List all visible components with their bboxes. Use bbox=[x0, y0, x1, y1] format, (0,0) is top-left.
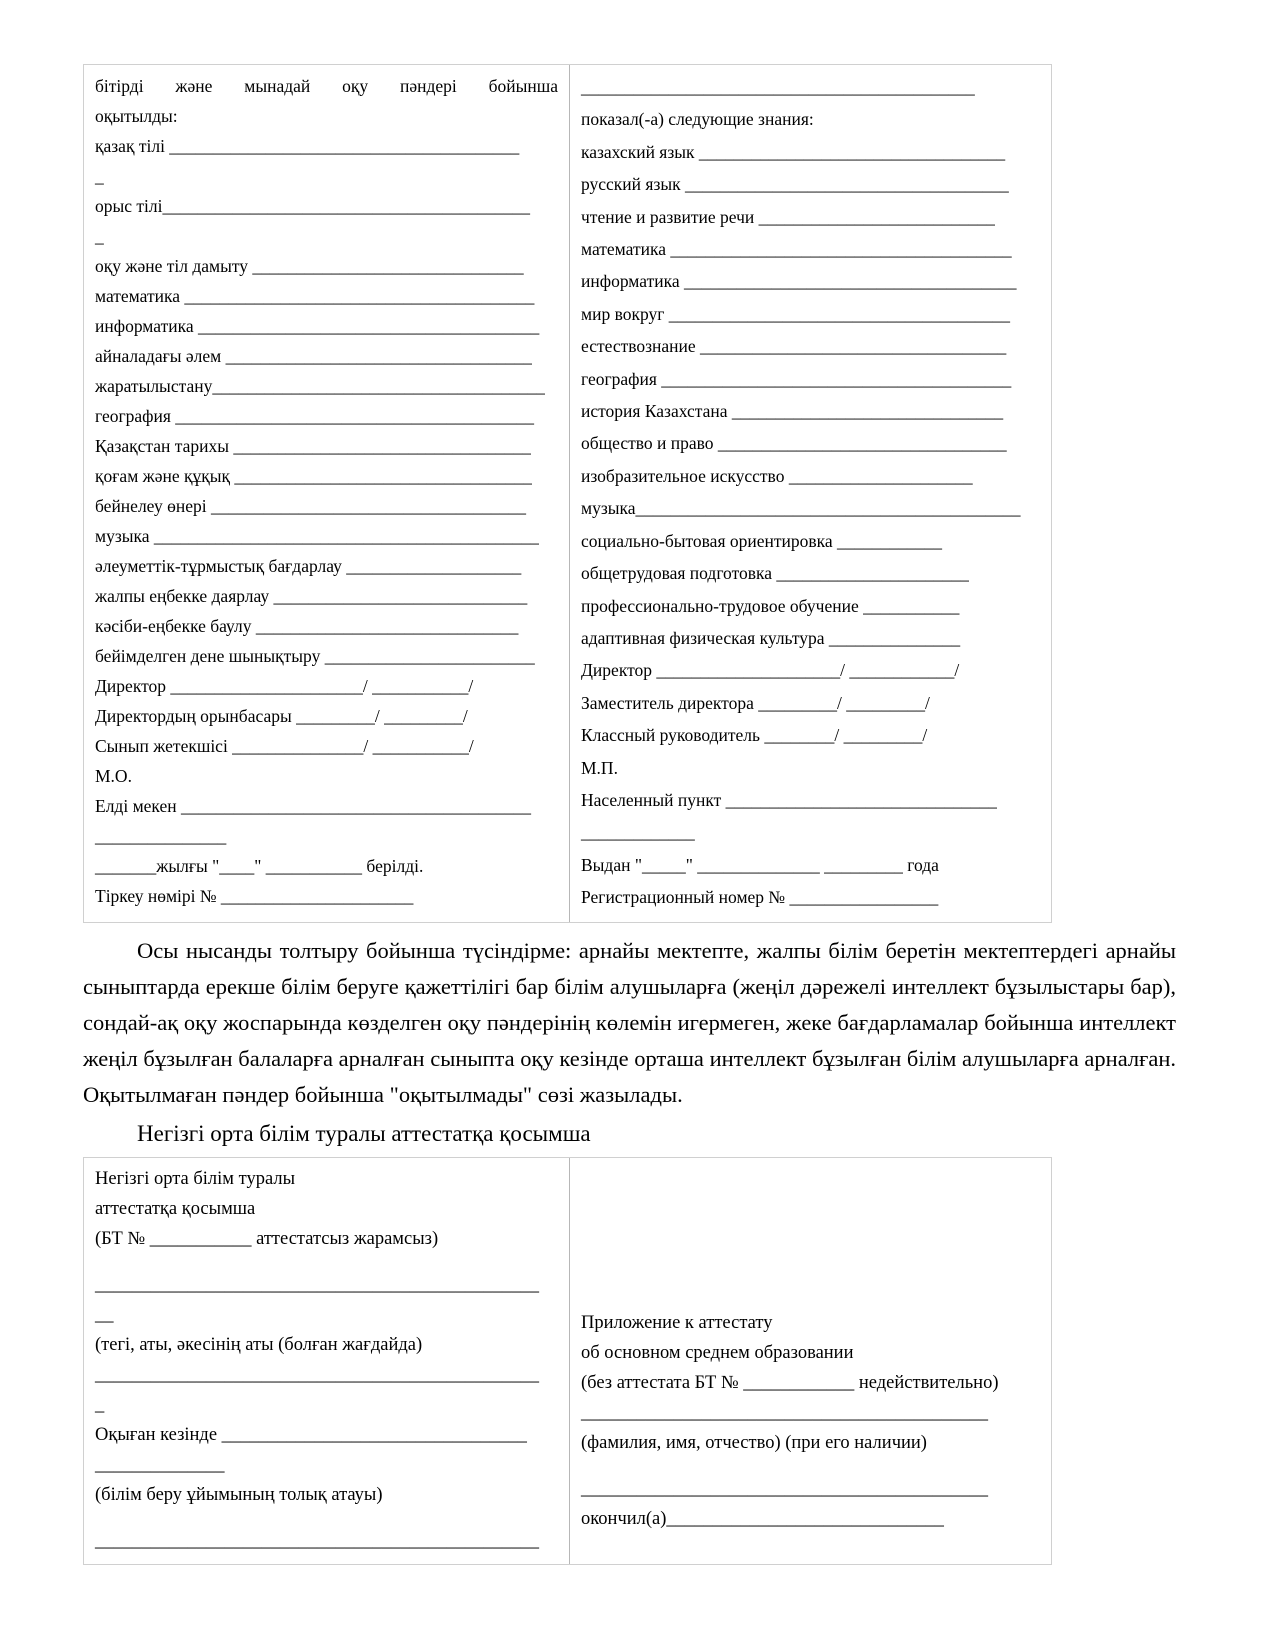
form-line: (фамилия, имя, отчество) (при его наличи… bbox=[581, 1428, 1040, 1458]
form-line: оқытылды: bbox=[95, 101, 558, 131]
form-line: _____________ bbox=[581, 816, 1040, 848]
form-line: показал(-а) следующие знания: bbox=[581, 103, 1040, 135]
form-line: ______________ bbox=[95, 1450, 558, 1480]
form-line: социально-бытовая ориентировка _________… bbox=[581, 525, 1040, 557]
form-line: (тегі, аты, әкесінің аты (болған жағдайд… bbox=[95, 1330, 558, 1360]
form-line: Сынып жетекшісі _______________/ _______… bbox=[95, 731, 558, 761]
appendix-table: Негізгі орта білім туралы аттестатқа қос… bbox=[83, 1157, 1052, 1565]
form-line: жаратылыстану___________________________… bbox=[95, 371, 558, 401]
form-line: русский язык ___________________________… bbox=[581, 168, 1040, 200]
appendix-russian-column: Приложение к аттестату об основном средн… bbox=[570, 1158, 1051, 1564]
form-line: ________________________________________… bbox=[581, 1474, 1040, 1504]
form-line: Қазақстан тарихы _______________________… bbox=[95, 431, 558, 461]
form-line: ________________________________________… bbox=[581, 1398, 1040, 1428]
form-line: кәсіби-еңбекке баулу ___________________… bbox=[95, 611, 558, 641]
form-line: адаптивная физическая культура _________… bbox=[581, 622, 1040, 654]
form-line bbox=[95, 1254, 558, 1270]
form-line: оқу және тіл дамыту ____________________… bbox=[95, 251, 558, 281]
form-line: Оқыған кезінде _________________________… bbox=[95, 1420, 558, 1450]
form-line: Директор ______________________/ _______… bbox=[95, 671, 558, 701]
form-line: М.П. bbox=[581, 752, 1040, 784]
form-line: Выдан "_____" ______________ _________ г… bbox=[581, 849, 1040, 881]
form-line: Населенный пункт _______________________… bbox=[581, 784, 1040, 816]
form-line: _ bbox=[95, 161, 558, 191]
form-line: Классный руководитель ________/ ________… bbox=[581, 719, 1040, 751]
marks-kazakh-column: бітірді және мынадай оқу пәндері бойынша… bbox=[84, 65, 570, 922]
marks-table: бітірді және мынадай оқу пәндері бойынша… bbox=[83, 64, 1052, 923]
form-line: (БТ № ___________ аттестатсыз жарамсыз) bbox=[95, 1224, 558, 1254]
form-line: общетрудовая подготовка ________________… bbox=[581, 557, 1040, 589]
form-line: Негізгі орта білім туралы bbox=[95, 1164, 558, 1194]
form-line: информатика ____________________________… bbox=[95, 311, 558, 341]
form-line: қазақ тілі _____________________________… bbox=[95, 131, 558, 161]
form-line: общество и право _______________________… bbox=[581, 427, 1040, 459]
form-line: орыс тілі_______________________________… bbox=[95, 191, 558, 221]
form-line: история Казахстана _____________________… bbox=[581, 395, 1040, 427]
form-line: математика _____________________________… bbox=[581, 233, 1040, 265]
form-line: әлеуметтік-тұрмыстық бағдарлау _________… bbox=[95, 551, 558, 581]
form-line: жалпы еңбекке даярлау __________________… bbox=[95, 581, 558, 611]
form-line: __ bbox=[95, 1300, 558, 1330]
note-paragraph: Осы нысанды толтыру бойынша түсіндірме: … bbox=[83, 933, 1176, 1113]
form-line: (білім беру ұйымының толық атауы) bbox=[95, 1480, 558, 1510]
form-line: ________________________________________… bbox=[95, 1360, 558, 1390]
form-line: Заместитель директора _________/ _______… bbox=[581, 687, 1040, 719]
form-line: профессионально-трудовое обучение ______… bbox=[581, 590, 1040, 622]
form-line: қоғам және құқық _______________________… bbox=[95, 461, 558, 491]
form-line: бейімделген дене шынықтыру _____________… bbox=[95, 641, 558, 671]
form-line: ________________________________________… bbox=[95, 1270, 558, 1300]
form-line: Регистрационный номер № ________________… bbox=[581, 881, 1040, 913]
marks-russian-column: ________________________________________… bbox=[570, 65, 1051, 922]
document-page: бітірді және мынадай оқу пәндері бойынша… bbox=[0, 0, 1275, 1565]
form-line: айналадағы әлем ________________________… bbox=[95, 341, 558, 371]
form-line: _ bbox=[95, 1390, 558, 1420]
form-line: чтение и развитие речи _________________… bbox=[581, 201, 1040, 233]
section-heading: Негізгі орта білім туралы аттестатқа қос… bbox=[83, 1119, 1275, 1149]
form-line: мир вокруг _____________________________… bbox=[581, 298, 1040, 330]
form-line: математика _____________________________… bbox=[95, 281, 558, 311]
form-line: _______жылғы "____" ___________ берілді. bbox=[95, 851, 558, 881]
form-line: об основном среднем образовании bbox=[581, 1338, 1040, 1368]
form-line: информатика ____________________________… bbox=[581, 265, 1040, 297]
form-line: ________________________________________… bbox=[95, 1526, 558, 1556]
form-line: Тіркеу нөмірі № ______________________ bbox=[95, 881, 558, 911]
form-line bbox=[581, 1458, 1040, 1474]
form-line: Приложение к аттестату bbox=[581, 1308, 1040, 1338]
form-line: _______________ bbox=[95, 821, 558, 851]
form-line: (без аттестата БТ № ____________ недейст… bbox=[581, 1368, 1040, 1398]
form-line: казахский язык _________________________… bbox=[581, 136, 1040, 168]
form-line: бітірді және мынадай оқу пәндері бойынша bbox=[95, 71, 558, 101]
form-line: Елді мекен _____________________________… bbox=[95, 791, 558, 821]
form-line: музыка__________________________________… bbox=[581, 492, 1040, 524]
form-line: Директор _____________________/ ________… bbox=[581, 654, 1040, 686]
appendix-kazakh-column: Негізгі орта білім туралы аттестатқа қос… bbox=[84, 1158, 570, 1564]
form-line: музыка _________________________________… bbox=[95, 521, 558, 551]
form-line: бейнелеу өнері _________________________… bbox=[95, 491, 558, 521]
form-line: Директордың орынбасары _________/ ______… bbox=[95, 701, 558, 731]
form-line: изобразительное искусство ______________… bbox=[581, 460, 1040, 492]
form-line: окончил(а)______________________________ bbox=[581, 1504, 1040, 1534]
form-line bbox=[95, 1510, 558, 1526]
form-line: аттестатқа қосымша bbox=[95, 1194, 558, 1224]
form-line: ________________________________________… bbox=[581, 71, 1040, 103]
form-line: _ bbox=[95, 221, 558, 251]
form-line: география ______________________________… bbox=[95, 401, 558, 431]
form-line: география ______________________________… bbox=[581, 363, 1040, 395]
form-line: М.О. bbox=[95, 761, 558, 791]
form-line: естествознание _________________________… bbox=[581, 330, 1040, 362]
